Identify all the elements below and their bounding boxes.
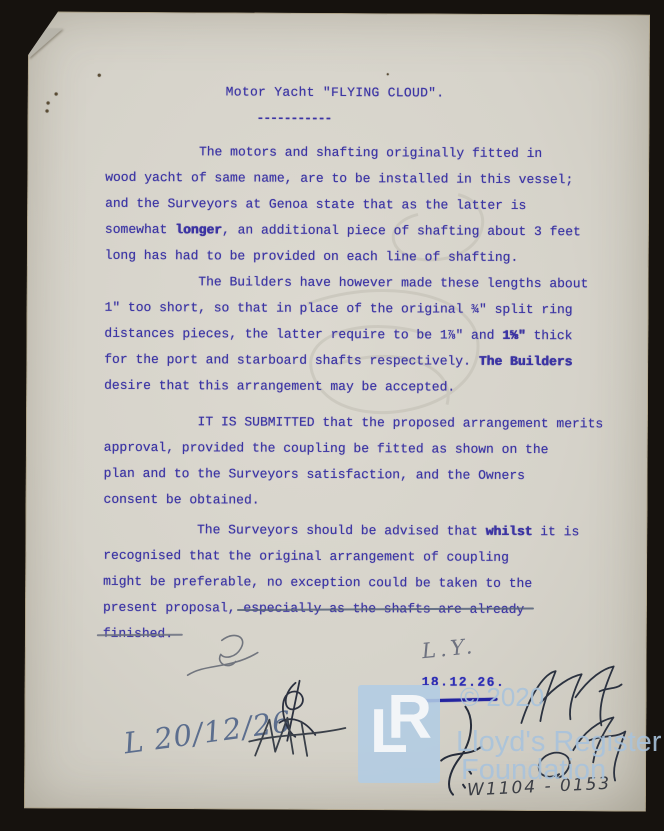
- watermark-org-line2: Foundation: [461, 754, 606, 787]
- typed-line: consent be obtained.: [103, 487, 603, 516]
- typed-paragraph: The motors and shafting originally fitte…: [105, 139, 606, 272]
- pin-hole: [387, 73, 389, 75]
- copyright-watermark: © 2020: [460, 682, 544, 713]
- typed-line: plan and to the Surveyors satisfaction, …: [104, 461, 604, 490]
- title-underline: -----------: [256, 106, 331, 132]
- pin-hole: [98, 74, 101, 77]
- approval-initials: L.Y.: [421, 634, 478, 663]
- typed-body: The motors and shafting originally fitte…: [103, 139, 606, 650]
- typed-line: approval, provided the coupling be fitte…: [104, 435, 604, 464]
- typed-line: might be preferable, no exception could …: [103, 569, 603, 598]
- scanned-document-photo: Motor Yacht "FLYING CLOUD". ----------- …: [0, 0, 664, 831]
- typed-line: 1" too short, so that in place of the or…: [104, 295, 604, 324]
- document-title: Motor Yacht "FLYING CLOUD".: [226, 79, 445, 106]
- pin-hole: [55, 93, 58, 96]
- typed-line: IT IS SUBMITTED that the proposed arrang…: [104, 409, 604, 438]
- logo-letter-r: R: [387, 687, 432, 749]
- typed-line: present proposal, especially as the shaf…: [103, 595, 603, 624]
- pin-hole: [46, 109, 49, 112]
- typed-paragraph: The Builders have however made these len…: [104, 269, 605, 402]
- typed-line: The motors and shafting originally fitte…: [105, 139, 605, 168]
- typed-line: somewhat longer, an additional piece of …: [105, 217, 605, 246]
- typed-line: wood yacht of same name, are to be insta…: [105, 165, 605, 194]
- typed-line: The Builders have however made these len…: [105, 269, 605, 298]
- typed-line: finished.: [103, 621, 603, 650]
- pencil-initials-signature: [182, 628, 264, 680]
- typed-line: desire that this arrangement may be acce…: [104, 373, 604, 402]
- corner-fold: [29, 28, 63, 58]
- typed-line: distances pieces, the latter require to …: [104, 321, 604, 350]
- typed-line: The Surveyors should be advised that whi…: [103, 517, 603, 546]
- typed-line: recognised that the original arrangement…: [103, 543, 603, 572]
- typed-paragraph: The Surveyors should be advised that whi…: [103, 517, 604, 650]
- paper-sheet: Motor Yacht "FLYING CLOUD". ----------- …: [24, 11, 650, 811]
- pencil-monogram-signature: [247, 712, 347, 761]
- typed-line: and the Surveyors at Genoa state that as…: [105, 191, 605, 220]
- pin-hole: [47, 101, 50, 104]
- typed-line: long has had to be provided on each line…: [105, 243, 605, 272]
- typed-paragraph: IT IS SUBMITTED that the proposed arrang…: [103, 409, 604, 516]
- lloyds-register-logo: L R: [358, 685, 440, 783]
- typed-line: for the port and starboard shafts respec…: [104, 347, 604, 376]
